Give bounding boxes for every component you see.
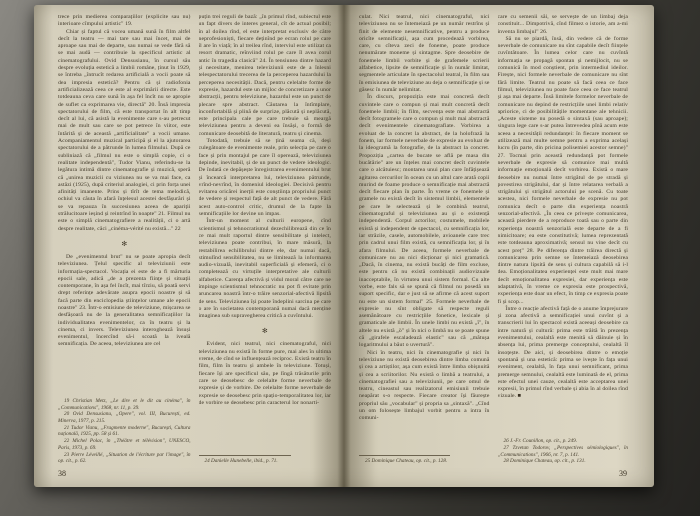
page-number-38: 38: [58, 469, 66, 478]
footnote: 20 Ovid Densusianu, „Opere", vol. III, B…: [58, 411, 191, 424]
paragraph: În discurs, propoziția este mai concretă…: [359, 94, 490, 349]
footnotes-block: 25 Dominique Chateau, op. cit., p. 128.: [359, 455, 450, 465]
page-38-column-2: puțin trei reguli de bază: „în primul rî…: [199, 14, 332, 465]
footnotes-block: 24 Danielle Hunebelle, ibid., p. 71.: [199, 455, 292, 465]
footnote: 27 Tzvetan Todorov, „Perspectives sémiol…: [498, 445, 629, 458]
page-39: culat. Nici teatrul, nici cinematograful…: [344, 5, 654, 487]
paragraph: Totodată, trebuie să se țină seama că, d…: [199, 138, 332, 218]
book-spread: trece prin medierea comparațiilor (expli…: [34, 5, 654, 487]
footnote: 23 Pierre Léveillé, „Situation de l'écri…: [58, 452, 191, 465]
page-38: trece prin medierea comparațiilor (expli…: [34, 5, 344, 487]
paragraph: Să nu se piardă, însă, din vedere că de …: [498, 36, 629, 306]
footnote: 26 J.-Fr. Counillon, op. cit., p. 249.: [498, 438, 629, 445]
page-39-column-1: culat. Nici teatrul, nici cinematograful…: [359, 14, 490, 465]
paragraph: Evident, nici teatrul, nici cinematograf…: [199, 341, 332, 407]
paragraph: Nici în teatru, nici în cinematografie ș…: [359, 350, 490, 423]
section-separator-star: ✻: [199, 326, 332, 336]
paragraph: trece prin medierea comparațiilor (expli…: [58, 14, 191, 29]
paragraph: Într-un moment al culturii europene, cîn…: [199, 218, 332, 320]
body-text: trece prin medierea comparațiilor (expli…: [58, 14, 191, 393]
footnote: 28 Dominique Chateau, op. cit., p. 131.: [498, 458, 629, 465]
footnote: 22 Michel Polac, în „Théâtre et télévisi…: [58, 438, 191, 451]
body-text: care cu semenii săi, se servește de un l…: [498, 14, 629, 433]
paragraph: puțin trei reguli de bază: „în primul rî…: [199, 14, 332, 138]
paragraph: Între o reacție afectivă față de o anume…: [498, 306, 629, 401]
footnotes-block: 19 Christian Metz, „Le dire et le dit au…: [58, 396, 191, 465]
page-39-column-2: care cu semenii săi, se servește de un l…: [498, 14, 629, 465]
paragraph: De „evenimentul brut" nu se poate apropi…: [58, 254, 191, 349]
footnote: 24 Danielle Hunebelle, ibid., p. 71.: [199, 458, 292, 465]
paragraph: culat. Nici teatrul, nici cinematograful…: [359, 14, 490, 94]
body-text: culat. Nici teatrul, nici cinematograful…: [359, 14, 490, 452]
footnotes-block: 26 J.-Fr. Counillon, op. cit., p. 249.27…: [498, 436, 629, 465]
page-number-39: 39: [619, 469, 627, 478]
body-text: puțin trei reguli de bază: „în primul rî…: [199, 14, 332, 452]
page-38-column-1: trece prin medierea comparațiilor (expli…: [58, 14, 191, 465]
footnote: 25 Dominique Chateau, op. cit., p. 128.: [359, 458, 450, 465]
paragraph: care cu semenii săi, se servește de un l…: [498, 14, 629, 36]
footnote: 19 Christian Metz, „Le dire et le dit au…: [58, 398, 191, 411]
section-separator-star: ✻: [58, 239, 191, 249]
paragraph: Chiar și faptul că vocea umană sună în f…: [58, 29, 191, 233]
footnote: 21 Tudor Vianu, „Fragmente moderne", Buc…: [58, 425, 191, 438]
